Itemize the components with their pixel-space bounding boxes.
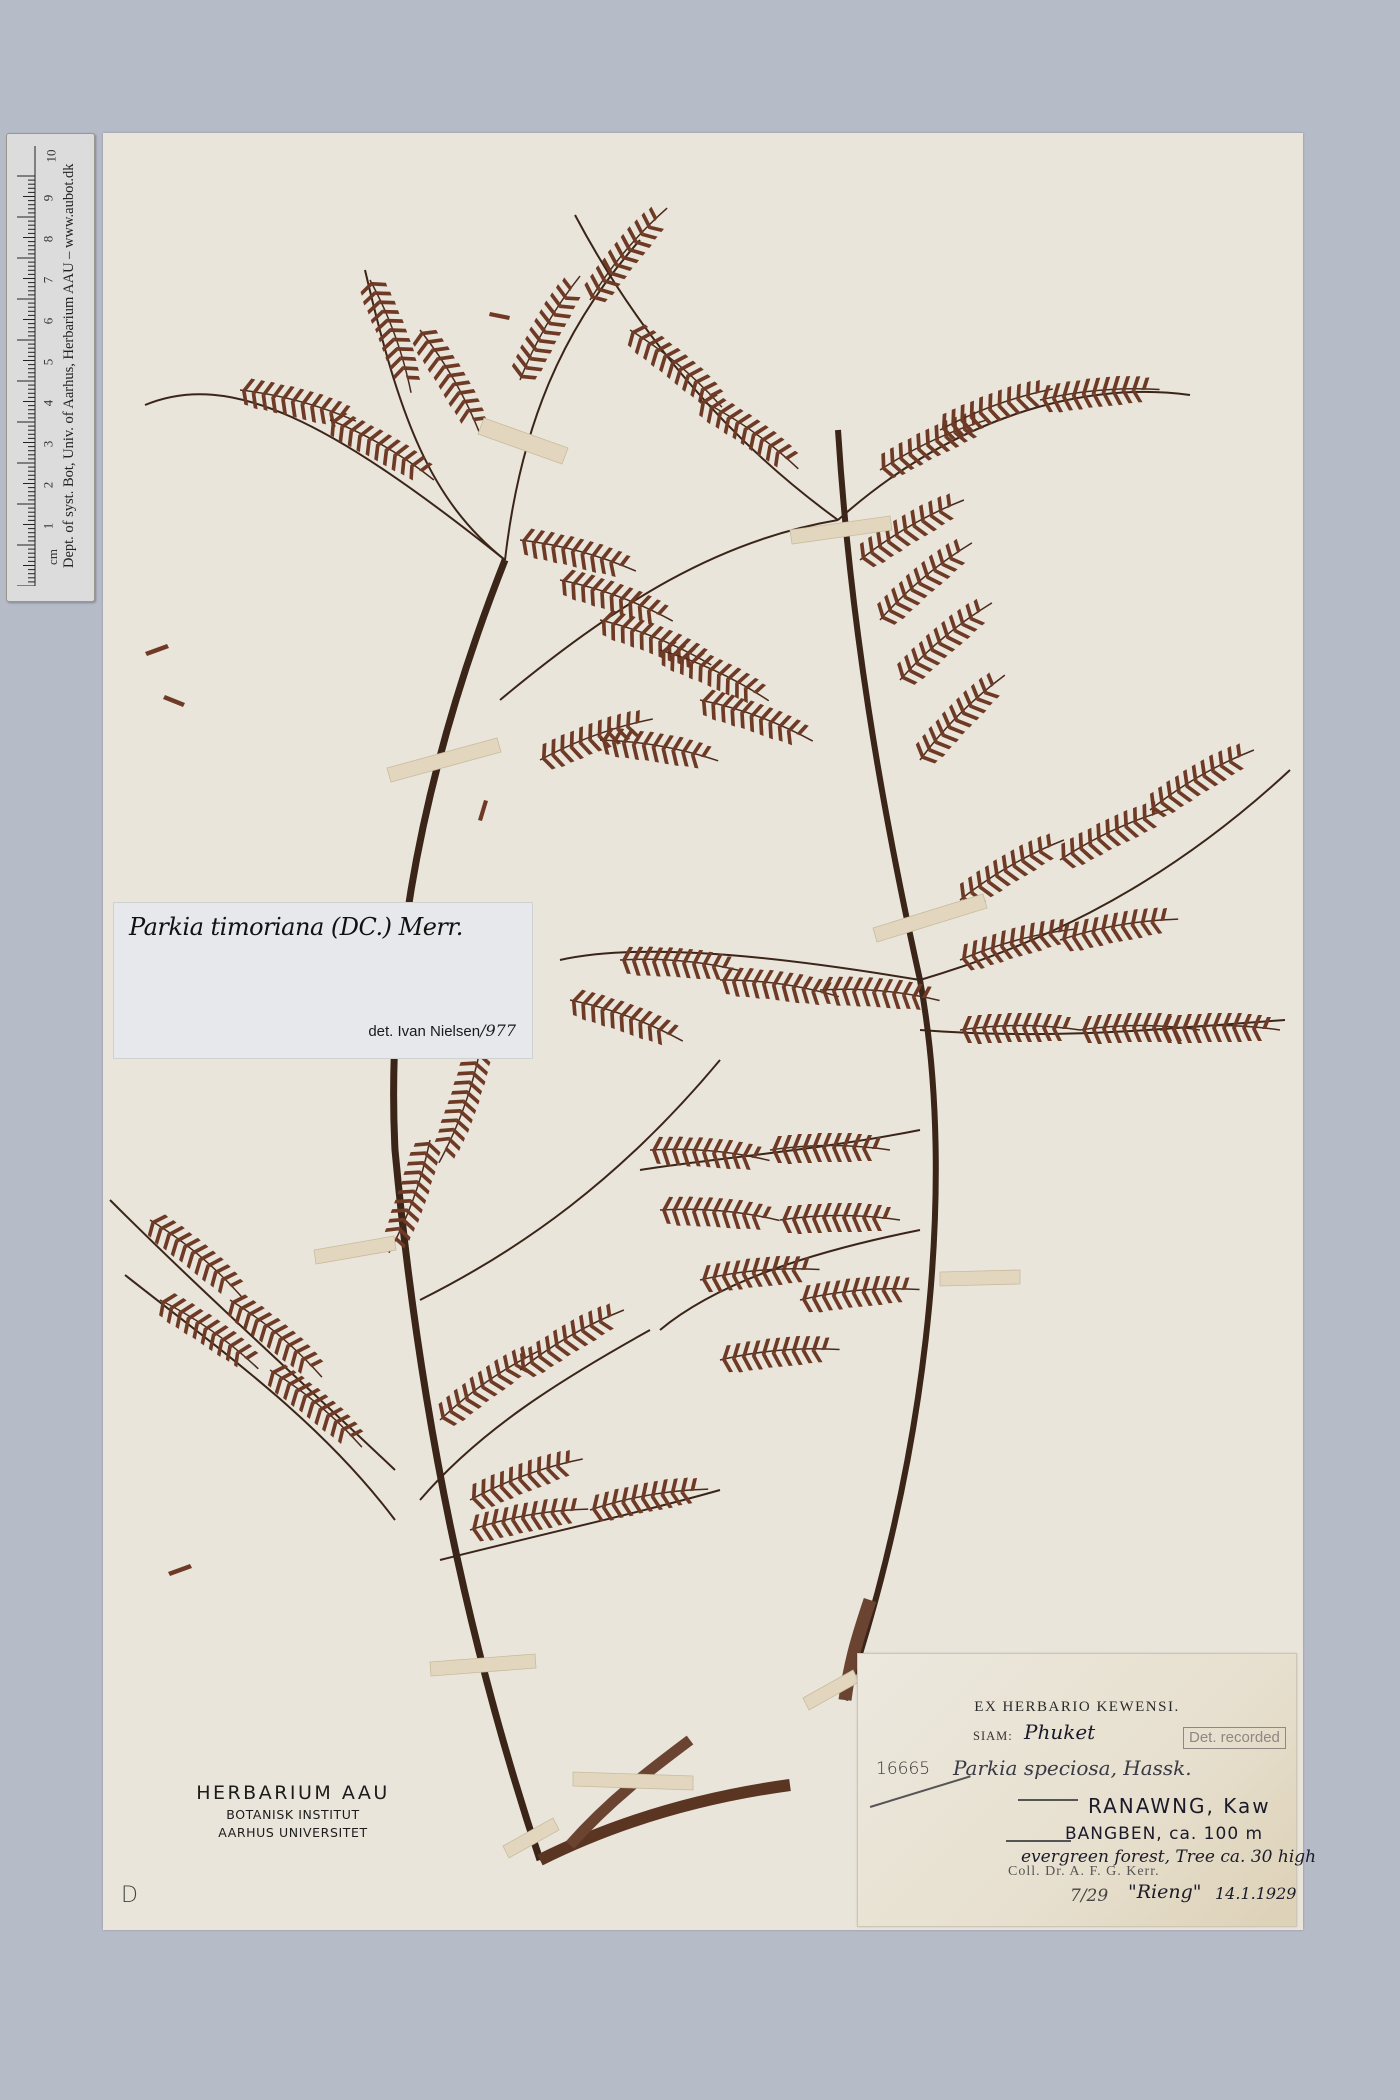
original-species-name: Parkia speciosa, Hassk. — [953, 1756, 1192, 1780]
locality-line-2: BANGBEN, ca. 100 m — [1065, 1824, 1263, 1844]
ruler-tick-label: 7 — [40, 277, 56, 284]
strike-line — [870, 1775, 971, 1807]
determination-year: /977 — [480, 1021, 516, 1040]
siam-label: SIAM: — [973, 1729, 1013, 1744]
determined-species-name: Parkia timoriana (DC.) Merr. — [129, 913, 463, 941]
det-recorded-stamp: Det. recorded — [1183, 1727, 1286, 1749]
underline — [1006, 1840, 1071, 1842]
collector: Coll. Dr. A. F. G. Kerr. — [1008, 1864, 1160, 1880]
ruler-tick-label: 9 — [40, 195, 56, 202]
scale-ruler: cm 1 2 3 4 5 6 7 8 9 10 Dept. of syst. B… — [6, 133, 95, 602]
ruler-ticks — [13, 146, 41, 586]
determiner: det. Ivan Nielsen/977 — [368, 1021, 516, 1040]
underline — [1018, 1799, 1078, 1801]
ruler-tick-label: 10 — [44, 150, 60, 163]
ruler-tick-label: 4 — [40, 400, 56, 407]
collection-date: 14.1.1929 — [1215, 1884, 1296, 1903]
ruler-unit: cm — [45, 549, 61, 565]
locality-line-1: RANAWNG, Kaw — [1088, 1794, 1271, 1818]
ruler-tick-label: 3 — [40, 441, 56, 448]
ruler-tick-label: 6 — [40, 318, 56, 325]
kew-header: EX HERBARIO KEWENSI. — [858, 1699, 1296, 1716]
folder-reference: 7/29 — [1070, 1886, 1108, 1906]
institute-name: BOTANISK INSTITUT — [178, 1807, 408, 1822]
locality-handwritten: Phuket — [1024, 1720, 1095, 1744]
determination-label: Parkia timoriana (DC.) Merr. det. Ivan N… — [113, 902, 533, 1059]
ruler-tick-label: 5 — [40, 359, 56, 366]
kew-collection-label: EX HERBARIO KEWENSI. SIAM: Phuket Det. r… — [857, 1653, 1297, 1927]
herbarium-name: HERBARIUM AAU — [178, 1782, 408, 1804]
ruler-caption: Dept. of syst. Bot, Univ. of Aarhus, Her… — [61, 146, 87, 586]
university-name: AARHUS UNIVERSITET — [178, 1825, 408, 1840]
determiner-name: det. Ivan Nielsen — [368, 1023, 480, 1040]
ruler-tick-label: 2 — [40, 482, 56, 489]
herbarium-stamp: HERBARIUM AAU BOTANISK INSTITUT AARHUS U… — [178, 1782, 408, 1840]
ruler-tick-label: 8 — [40, 236, 56, 243]
vernacular-name: "Rieng" — [1128, 1881, 1202, 1903]
ruler-tick-label: 1 — [40, 523, 56, 530]
collection-number: 16665 — [876, 1759, 930, 1779]
sheet-mark: D — [121, 1883, 138, 1908]
